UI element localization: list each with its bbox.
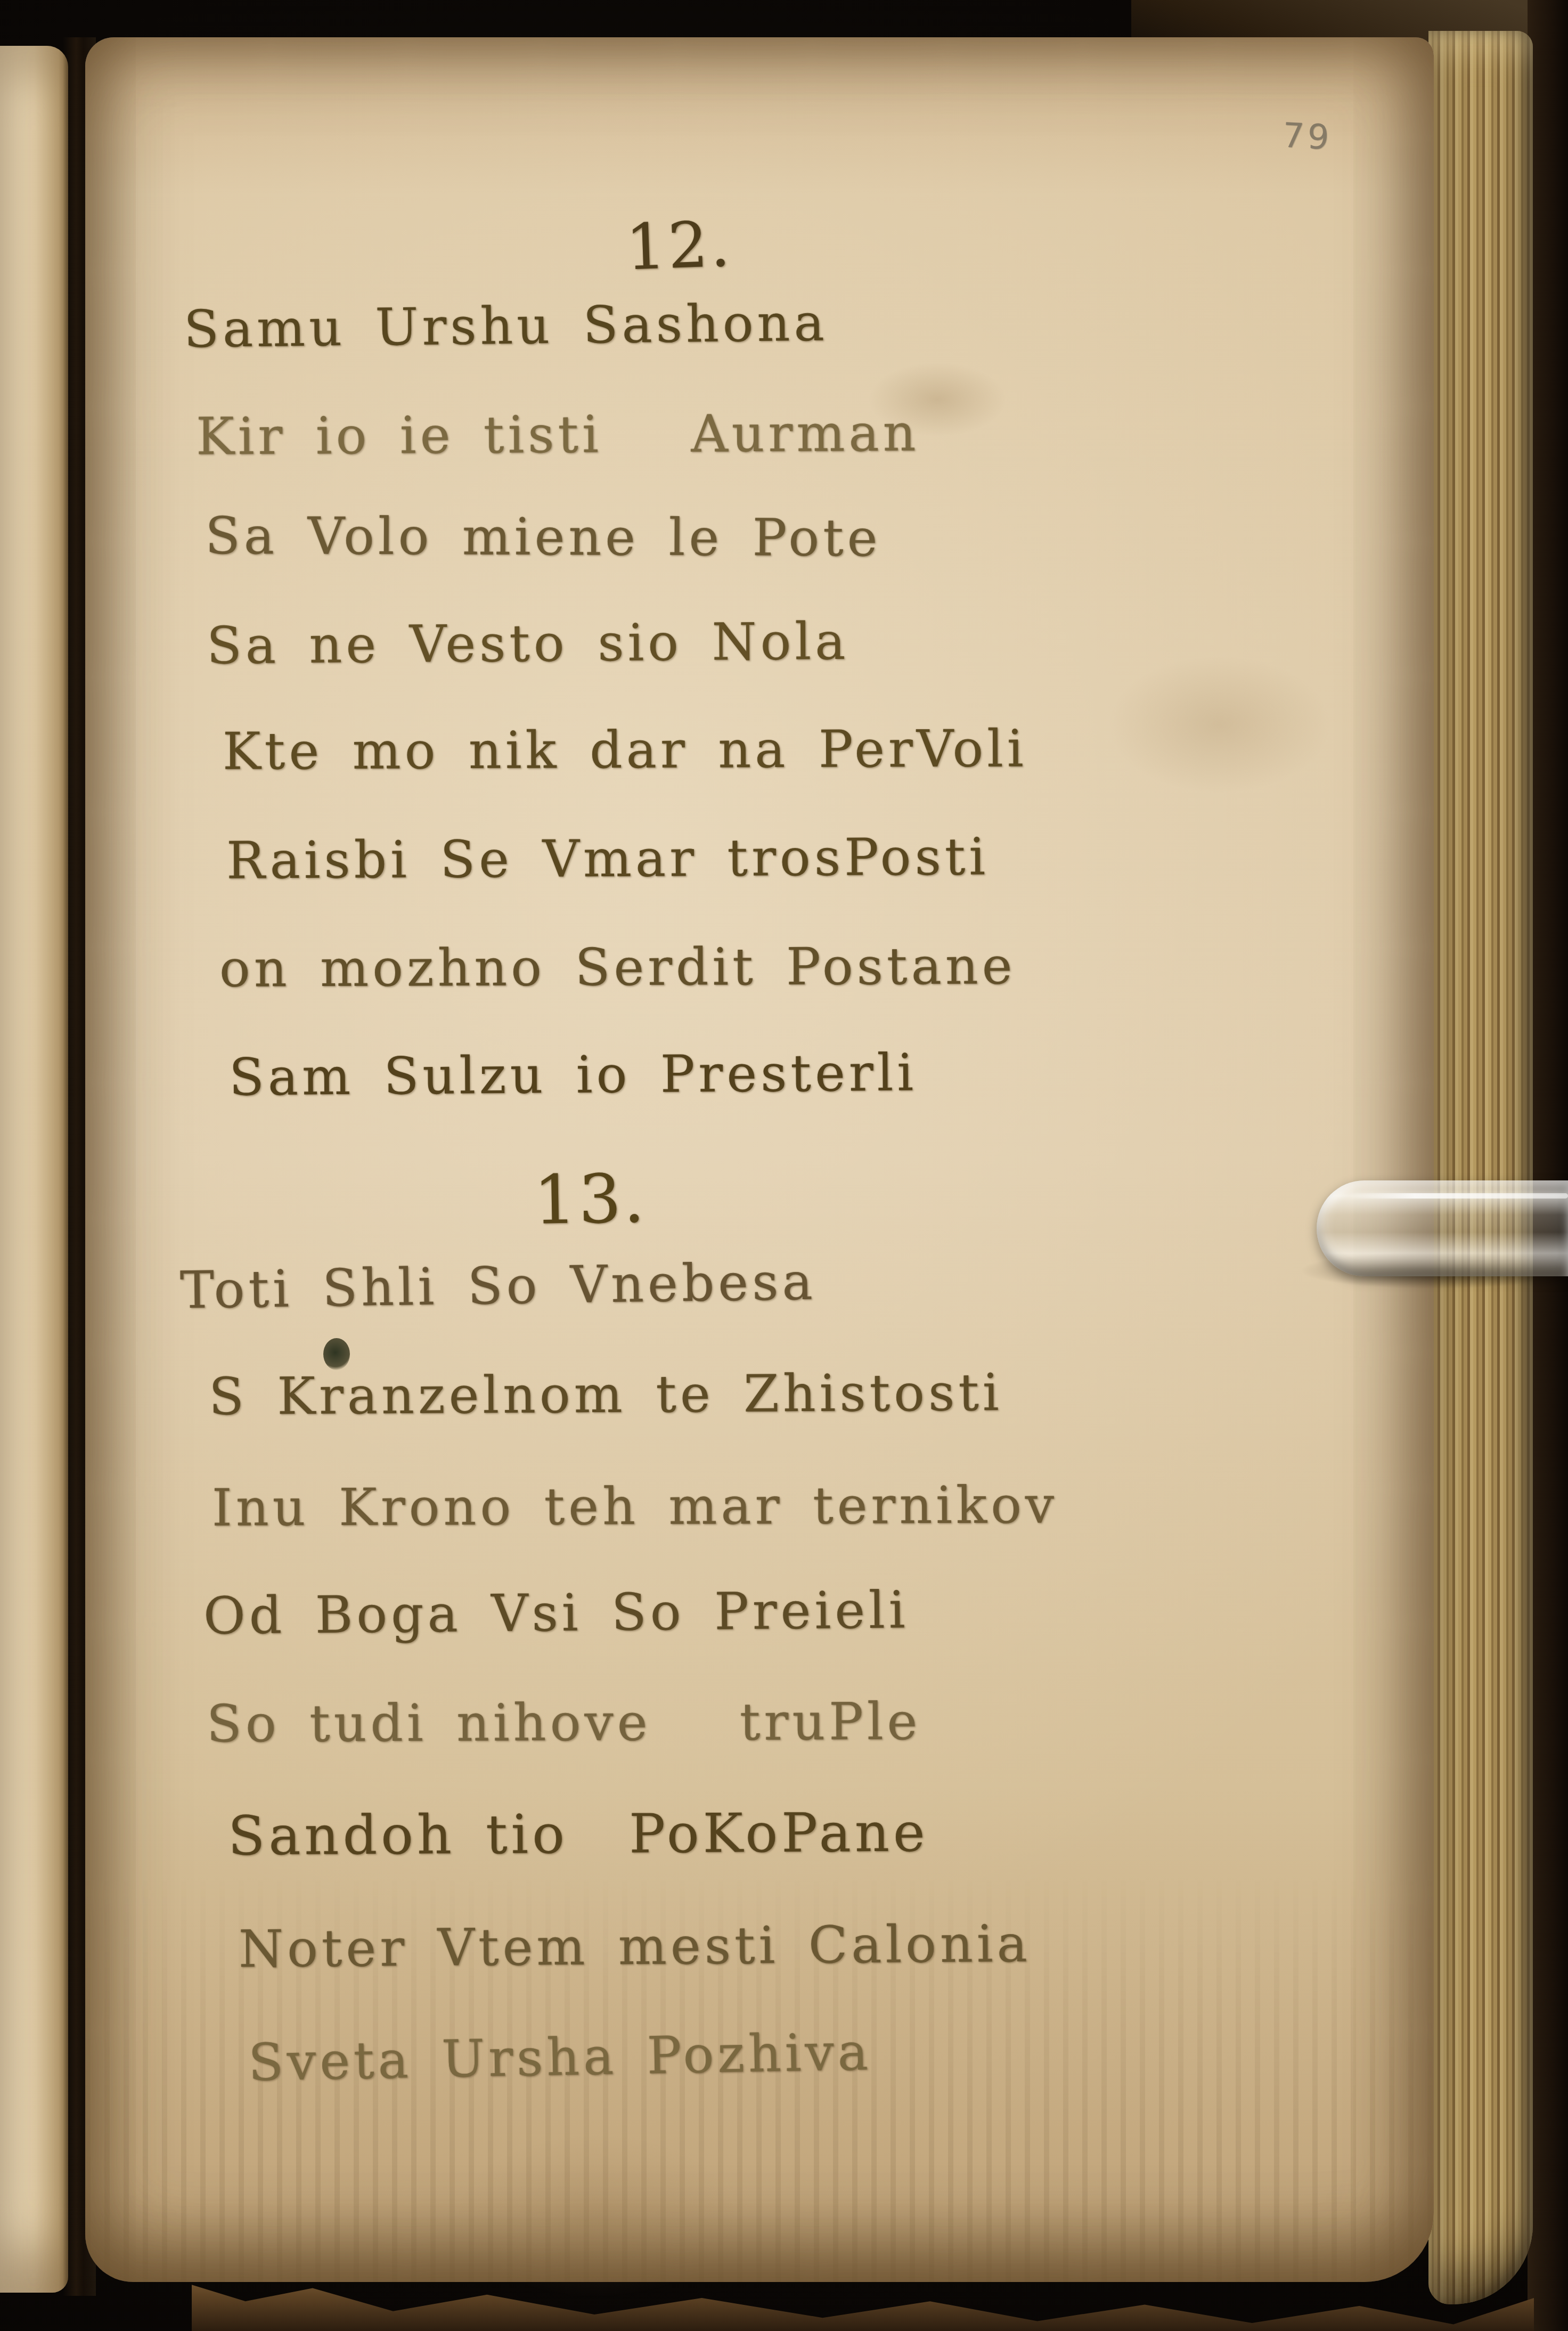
verse-line: Noter Vtem mesti Calonia — [239, 1914, 1031, 1979]
book-cover-edge — [1528, 0, 1568, 2331]
verse-line: Sam Sulzu io Presterli — [229, 1042, 918, 1107]
verse-line: Samu Urshu Sashona — [183, 293, 828, 360]
transparent-book-weight — [1317, 1180, 1568, 1276]
stanza-number-13: 13. — [533, 1159, 648, 1240]
verse-line: Kte mo nik dar na PerVoli — [223, 719, 1027, 781]
verse-line: Toti Shli So Vnebesa — [179, 1252, 816, 1321]
folio-number: 79 — [1281, 116, 1333, 158]
paper-smudge — [1108, 655, 1332, 794]
verse-line: So tudi nihove truPle — [207, 1692, 921, 1754]
verse-line: Sa Volo miene le Pote — [205, 506, 881, 568]
verse-line: Sa ne Vesto sio Nola — [207, 612, 850, 675]
ink-stain — [323, 1338, 350, 1370]
verse-line: Raisbi Se Vmar trosPosti — [226, 827, 990, 890]
verse-line: Kir io ie tisti Aurman — [196, 403, 920, 466]
paper-smudge — [458, 2136, 735, 2296]
stanza-number-12: 12. — [625, 207, 733, 284]
verse-line: S Kranzelnom te Zhistosti — [209, 1363, 1003, 1427]
page-fore-edge-stack — [1428, 31, 1533, 2304]
facing-page-edge — [0, 46, 68, 2293]
verse-line: Sveta Ursha Pozhiva — [248, 2022, 872, 2092]
verse-line: on mozhno Serdit Postane — [219, 936, 1016, 998]
photograph-of-open-book: 79 12. Samu Urshu Sashona Kir io ie tist… — [0, 0, 1568, 2331]
verse-line: Sandoh tio PoKoPane — [228, 1801, 929, 1868]
verse-line: Inu Krono teh mar ternikov — [212, 1475, 1058, 1538]
verse-line: Od Boga Vsi So Preieli — [203, 1580, 909, 1646]
